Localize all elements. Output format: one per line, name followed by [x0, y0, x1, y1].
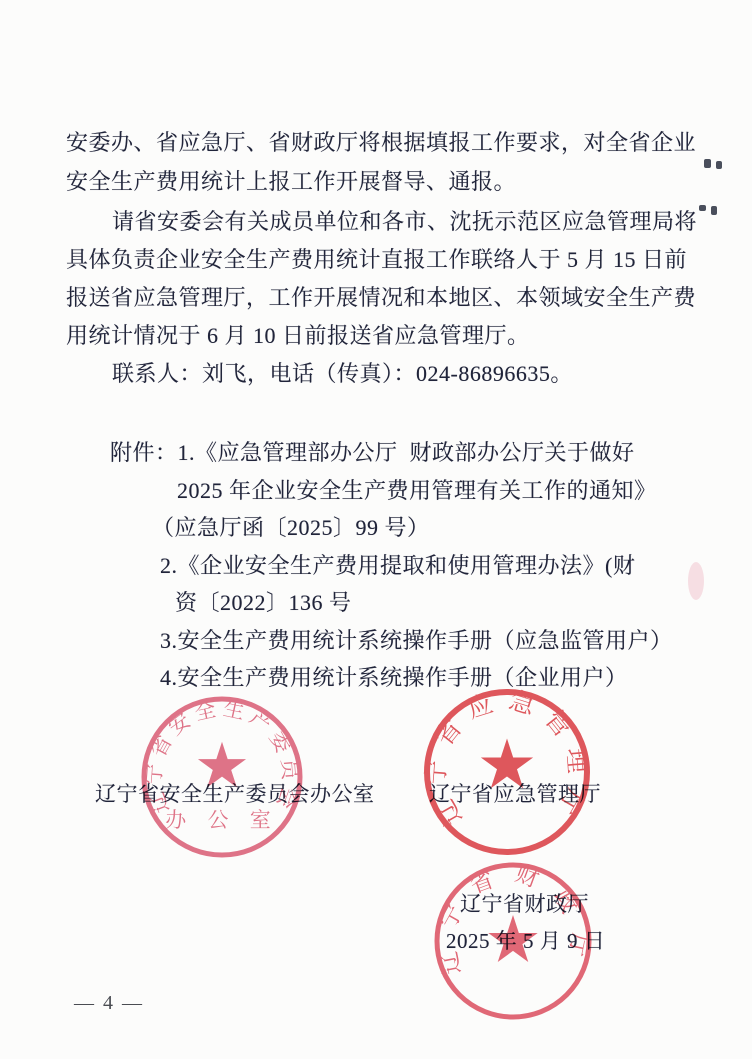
pink-smudge [688, 562, 704, 600]
body-line: 安全生产费用统计上报工作开展督导、通报。 [66, 169, 516, 196]
finance-dept-seal: 辽宁省财政厅 [433, 861, 593, 1021]
safety-committee-office-seal: 辽宁省安全生产委员会 办 公 室 [134, 689, 310, 865]
star-icon [481, 739, 533, 789]
ink-mark [704, 159, 711, 168]
scanned-document-page: 安委办、省应急厅、省财政厅将根据填报工作要求，对全省企业 安全生产费用统计上报工… [0, 0, 752, 1059]
page-number: — 4 — [74, 992, 144, 1015]
body-line: 报送省应急管理厅，工作开展情况和本地区、本领域安全生产费 [66, 285, 696, 312]
attachment-line: 2025 年企业安全生产费用管理有关工作的通知》 [177, 478, 657, 505]
ink-mark [711, 206, 717, 215]
attachment-line: 2.《企业安全生产费用提取和使用管理办法》(财 [160, 553, 635, 580]
body-line: 具体负责企业安全生产费用统计直报工作联络人于 5 月 15 日前 [66, 247, 687, 274]
seal-bottom-text: 办 公 室 [165, 808, 279, 832]
ink-mark [716, 161, 722, 169]
emergency-dept-seal: 辽宁省应急管理厅 [419, 684, 595, 860]
attachment-line: 附件：1.《应急管理部办公厅 财政部办公厅关于做好 [110, 440, 635, 467]
attachment-line: 资〔2022〕136 号 [175, 590, 352, 617]
attachment-line: 3.安全生产费用统计系统操作手册（应急监管用户） [160, 628, 673, 655]
body-line: 用统计情况于 6 月 10 日前报送省应急管理厅。 [66, 323, 530, 350]
ink-mark [699, 205, 706, 211]
body-line: 请省安委会有关成员单位和各市、沈抚示范区应急管理局将 [112, 209, 697, 236]
body-line: 安委办、省应急厅、省财政厅将根据填报工作要求，对全省企业 [66, 130, 696, 157]
star-icon [488, 915, 537, 962]
star-icon [198, 742, 246, 788]
contact-line: 联系人：刘飞，电话（传真）：024-86896635。 [112, 361, 573, 388]
attachment-line: （应急厅函〔2025〕99 号） [152, 515, 430, 542]
